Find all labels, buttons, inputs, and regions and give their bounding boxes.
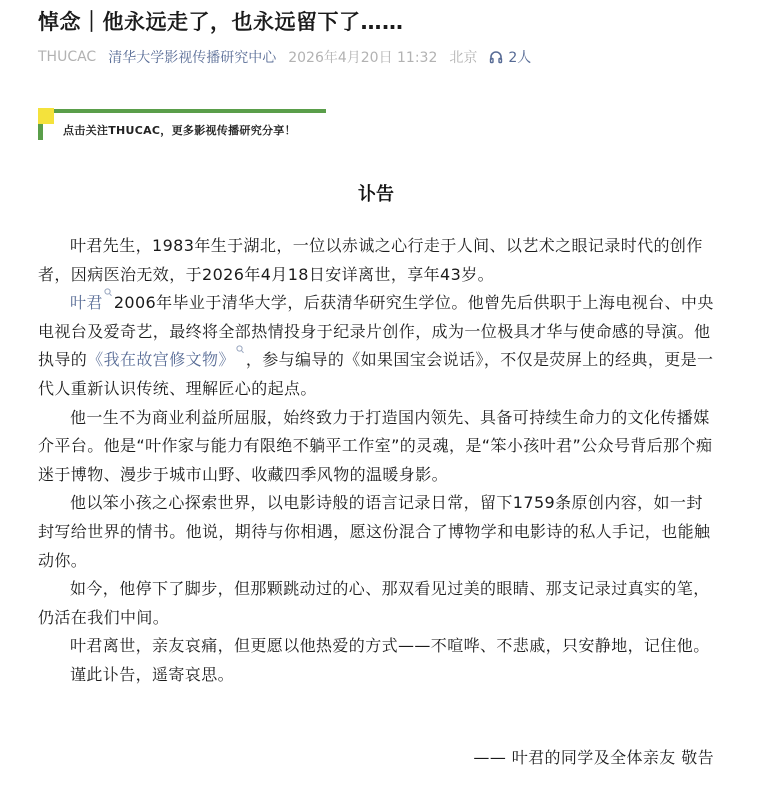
article-title: 悼念｜他永远走了，也永远留下了…… bbox=[38, 6, 404, 36]
paragraph-6: 叶君离世，亲友哀痛，但更愿以他热爱的方式——不喧哗、不悲戚，只安静地，记住他。 bbox=[38, 632, 718, 661]
name-search-link[interactable]: 叶君 bbox=[70, 293, 103, 312]
paragraph-4: 他以笨小孩之心探索世界，以电影诗般的语言记录日常，留下1759条原创内容，如一封… bbox=[38, 489, 718, 575]
signature: —— 叶君的同学及全体亲友 敬告 bbox=[473, 745, 714, 768]
author-name: THUCAC bbox=[38, 49, 96, 65]
headphones-icon bbox=[489, 50, 503, 64]
follow-banner: 点击关注THUCAC，更多影视传播研究分享！ bbox=[38, 108, 328, 142]
paragraph-7: 谨此讣告，遥寄哀思。 bbox=[38, 661, 718, 690]
article-body: 叶君先生，1983年生于湖北，一位以赤诚之心行走于人间、以艺术之眼记录时代的创作… bbox=[38, 232, 718, 690]
paragraph-1: 叶君先生，1983年生于湖北，一位以赤诚之心行走于人间、以艺术之眼记录时代的创作… bbox=[38, 232, 718, 289]
publish-location: 北京 bbox=[449, 47, 477, 67]
paragraph-5: 如今，他停下了脚步，但那颗跳动过的心、那双看见过美的眼睛、那支记录过真实的笔，仍… bbox=[38, 575, 718, 632]
search-icon[interactable] bbox=[236, 349, 244, 359]
obituary-heading: 讣告 bbox=[0, 180, 752, 206]
banner-green-bar bbox=[54, 109, 326, 113]
banner-text: 点击关注THUCAC，更多影视传播研究分享！ bbox=[63, 122, 296, 138]
account-name-link[interactable]: 清华大学影视传播研究中心 bbox=[108, 47, 276, 67]
banner-green-side bbox=[38, 124, 43, 140]
paragraph-3: 他一生不为商业利益所屈服，始终致力于打造国内领先、具备可持续生命力的文化传播媒介… bbox=[38, 404, 718, 490]
paragraph-2: 叶君2006年毕业于清华大学，后获清华研究生学位。他曾先后供职于上海电视台、中央… bbox=[38, 289, 718, 403]
film-search-link[interactable]: 《我在故宫修文物》 bbox=[87, 350, 235, 369]
publish-datetime: 2026年4月20日 11:32 bbox=[288, 47, 437, 67]
search-icon[interactable] bbox=[104, 292, 112, 302]
article-meta: THUCAC 清华大学影视传播研究中心 2026年4月20日 11:32 北京 … bbox=[38, 47, 555, 67]
listen-count[interactable]: 2人 bbox=[489, 47, 543, 67]
listener-count: 2人 bbox=[508, 47, 531, 67]
banner-yellow-square bbox=[38, 108, 54, 124]
